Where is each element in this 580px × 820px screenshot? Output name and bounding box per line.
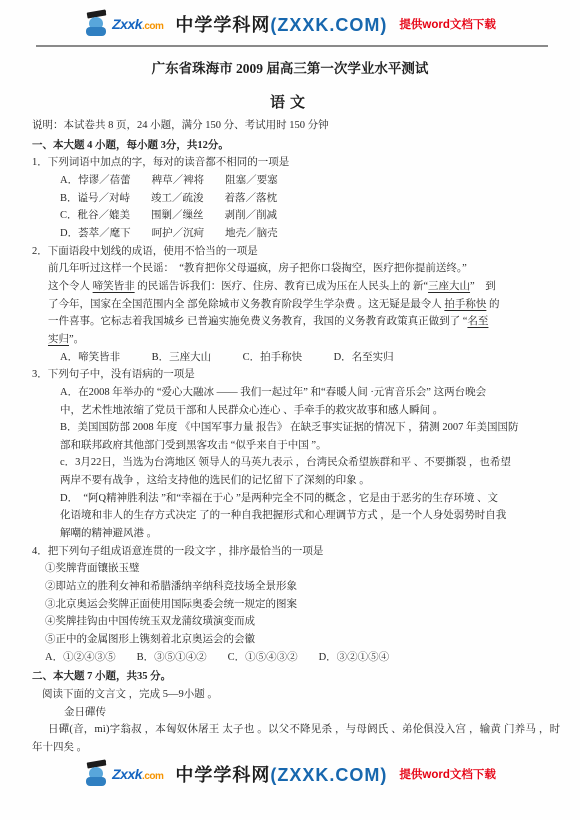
text-segment: 金日磾传	[64, 707, 106, 718]
text-segment: 1．下列词语中加点的字，每对的读音都不相同的一项是	[32, 157, 289, 168]
text-segment: c．3月22日，当选为台湾地区 领导人的马英九表示 ，台湾民众希望族群和平 、不…	[60, 457, 511, 468]
text-segment: ③北京奥运会奖牌正面使用国际奥委会统一规定的图案	[45, 599, 297, 610]
text-segment: A．啼笑皆非 B．三座大山 C．拍手称快 D．名至实归	[60, 352, 394, 363]
footer-logo-brand-text: Zxxk	[112, 766, 142, 782]
q4-sentence-2: ②即站立的胜利女神和希腊潘纳辛纳科竞技场全景形象	[32, 578, 556, 596]
text-segment: ⑤正中的金属图形上镌刻着北京奥运会的会徽	[45, 634, 255, 645]
header-divider	[36, 45, 548, 47]
text-segment: B．美国国防部 2008 年度 《中国军事力量 报告》 在缺乏事实证据的情况下 …	[60, 422, 519, 433]
text-segment: ” 到	[470, 281, 496, 292]
text-segment: 解嘲的精神避风港 。	[60, 528, 157, 539]
q2-passage-line-4: 一件喜事。它标志着我国城乡 已普遍实施免费义务教育，我国的义务教育政策真正做到了…	[32, 313, 556, 331]
q2-passage-line-1: 前几年听过这样一个民谣： “教育把你父母逼疯，房子把你口袋掏空，医疗把你提前送终…	[32, 260, 556, 278]
question-3: 3．下列句子中，没有语病的一项是	[32, 366, 556, 384]
text-segment: 前几年听过这样一个民谣： “教育把你父母逼疯，房子把你口袋掏空，医疗把你提前送终…	[48, 263, 467, 274]
mascot-icon	[84, 10, 110, 37]
footer-site-domain-text: (ZXXK.COM)	[270, 765, 387, 785]
logo-domain-text: .com	[142, 21, 163, 32]
q3-option-a-line-2: 中，艺术性地浓缩了党员干部和人民群众心连心 、手牵手的救灾故事和感人瞬间 。	[32, 402, 556, 420]
text-segment: 4．把下列句子组成语意连贯的一段文字 ，排序最恰当的一项是	[32, 546, 323, 557]
q3-option-a-line-1: A．在2008 年举办的 “爱心大融冰 —— 我们一起过年” 和“春暖人间 ·元…	[32, 384, 556, 402]
q4-sentence-1: ①奖牌背面镶嵌玉璧	[32, 560, 556, 578]
q3-option-d-line-1: D． “阿Q精神胜利法 ”和“幸福在于心 ”是两种完全不同的概念 ，它是由于恶劣…	[32, 490, 556, 508]
q4-sentence-4: ④奖牌挂钩由中国传统玉双龙蒲纹璜演变而成	[32, 613, 556, 631]
text-segment: 阅读下面的文言文 ，完成 5—9小题 。	[42, 689, 218, 700]
text-segment: 2．下面语段中划线的成语，使用不恰当的一项是	[32, 246, 258, 257]
q3-option-c-line-2: 两岸不要有战争 ，这给支持他的选民们的记忆留下了深刻的印象 。	[32, 472, 556, 490]
site-name-text: 中学学科网	[175, 15, 270, 35]
footer-logo-domain-text: .com	[142, 771, 163, 782]
site-domain-text: (ZXXK.COM)	[270, 15, 387, 35]
exam-note: 说明：本试卷共 8 页，24 小题，满分 150 分、考试用时 150 分钟	[32, 117, 556, 135]
q1-option-a: A．悖谬／蓓蕾 稗草／裨将 阻塞／要塞	[32, 172, 556, 190]
question-1: 1．下列词语中加点的字，每对的读音都不相同的一项是	[32, 154, 556, 172]
document-body: 说明：本试卷共 8 页，24 小题，满分 150 分、考试用时 150 分钟一、…	[32, 117, 556, 757]
passage-line-2: 年十四矣 。	[32, 739, 556, 757]
text-segment: ④奖牌挂钩由中国传统玉双龙蒲纹璜演变而成	[45, 616, 255, 627]
download-word-link[interactable]: 提供word文档下载	[399, 16, 495, 32]
passage-line-1: 日磾(音，mì)字翁叔 ，本匈奴休屠王 太子也 。以父不降见杀 ，与母阏氏 、弟…	[32, 721, 556, 739]
q1-option-d: D．荟萃／麾下 呵护／沉疴 地壳／脑壳	[32, 225, 556, 243]
text-segment: ”。	[69, 334, 84, 345]
footer-mascot-icon	[84, 760, 110, 787]
site-footer: Zxxk.com 中学学科网(ZXXK.COM) 提供word文档下载	[0, 760, 580, 787]
text-segment: 说明：本试卷共 8 页，24 小题，满分 150 分、考试用时 150 分钟	[32, 120, 329, 131]
zxxk-footer-logo[interactable]: Zxxk.com	[84, 760, 163, 787]
underlined-idiom: 三座大山	[428, 281, 470, 292]
text-segment: 化语境和非人的生存方式决定 了的一种自我把握形式和心理调节方式 ，是一个人身处弱…	[60, 510, 506, 521]
text-segment: ①奖牌背面镶嵌玉璧	[45, 563, 140, 574]
underlined-idiom: 拍手称快	[444, 299, 486, 310]
underlined-idiom: 名至	[467, 316, 488, 327]
footer-site-title: 中学学科网(ZXXK.COM)	[175, 761, 387, 787]
text-segment: 日磾(音，mì)字翁叔 ，本匈奴休屠王 太子也 。以父不降见杀 ，与母阏氏 、弟…	[48, 724, 560, 735]
q2-passage-line-3: 了今年，国家在全国范围内全 部免除城市义务教育阶段学生学杂费 。这无疑是最令人 …	[32, 296, 556, 314]
exam-subject: 语文	[0, 91, 580, 112]
text-segment: ②即站立的胜利女神和希腊潘纳辛纳科竞技场全景形象	[45, 581, 297, 592]
footer-download-word-link[interactable]: 提供word文档下载	[399, 766, 495, 782]
reading-instruction: 阅读下面的文言文 ，完成 5—9小题 。	[32, 686, 556, 704]
text-segment: 两岸不要有战争 ，这给支持他的选民们的记忆留下了深刻的印象 。	[60, 475, 370, 486]
text-segment: C．秕谷／媲美 围剿／缫丝 剥削／削减	[60, 210, 277, 221]
text-segment: 二、本大题 7 小题，共35 分。	[32, 671, 171, 682]
q4-sentence-5: ⑤正中的金属图形上镌刻着北京奥运会的会徽	[32, 631, 556, 649]
zxxk-logo[interactable]: Zxxk.com	[84, 10, 163, 37]
q1-option-c: C．秕谷／媲美 围剿／缫丝 剥削／削减	[32, 207, 556, 225]
q4-options: A．①②④③⑤ B．③⑤①④② C．①⑤④③② D．③②①⑤④	[32, 649, 556, 667]
q1-option-b: B．谥号／对峙 竣工／疏浚 着落／落枕	[32, 190, 556, 208]
q3-option-b-line-1: B．美国国防部 2008 年度 《中国军事力量 报告》 在缺乏事实证据的情况下 …	[32, 419, 556, 437]
text-segment: D． “阿Q精神胜利法 ”和“幸福在于心 ”是两种完全不同的概念 ，它是由于恶劣…	[60, 493, 498, 504]
footer-logo-wordmark: Zxxk.com	[112, 766, 163, 782]
q2-passage-line-5: 实归”。	[32, 331, 556, 349]
text-segment: A．在2008 年举办的 “爱心大融冰 —— 我们一起过年” 和“春暖人间 ·元…	[60, 387, 486, 398]
q3-option-c-line-1: c．3月22日，当选为台湾地区 领导人的马英九表示 ，台湾民众希望族群和平 、不…	[32, 454, 556, 472]
logo-wordmark: Zxxk.com	[112, 16, 163, 32]
text-segment: 年十四矣 。	[32, 742, 87, 753]
site-title: 中学学科网(ZXXK.COM)	[175, 11, 387, 37]
text-segment: 3．下列句子中，没有语病的一项是	[32, 369, 195, 380]
text-segment: 的	[486, 299, 499, 310]
exam-title: 广东省珠海市 2009 届高三第一次学业水平测试	[0, 57, 580, 77]
logo-brand-text: Zxxk	[112, 16, 142, 32]
exam-document-page: Zxxk.com 中学学科网(ZXXK.COM) 提供word文档下载 广东省珠…	[0, 0, 580, 820]
text-segment: 中，艺术性地浓缩了党员干部和人民群众心连心 、手牵手的救灾故事和感人瞬间 。	[60, 405, 443, 416]
text-segment: A．悖谬／蓓蕾 稗草／裨将 阻塞／要塞	[60, 175, 278, 186]
text-segment: B．谥号／对峙 竣工／疏浚 着落／落枕	[60, 193, 277, 204]
q3-option-d-line-2: 化语境和非人的生存方式决定 了的一种自我把握形式和心理调节方式 ，是一个人身处弱…	[32, 507, 556, 525]
underlined-idiom: 啼笑皆非	[93, 281, 135, 292]
site-header: Zxxk.com 中学学科网(ZXXK.COM) 提供word文档下载	[0, 10, 580, 37]
passage-title: 金日磾传	[32, 704, 556, 722]
q3-option-b-line-2: 部和联邦政府其他部门受到黑客攻击 “似乎来自于中国 ”。	[32, 437, 556, 455]
q4-sentence-3: ③北京奥运会奖牌正面使用国际奥委会统一规定的图案	[32, 596, 556, 614]
section-1-heading: 一、本大题 4 小题，每小题 3分，共12分。	[32, 137, 556, 155]
text-segment: 了今年，国家在全国范围内全 部免除城市义务教育阶段学生学杂费 。这无疑是最令人	[48, 299, 444, 310]
text-segment: A．①②④③⑤ B．③⑤①④② C．①⑤④③② D．③②①⑤④	[45, 652, 389, 663]
footer-site-name-text: 中学学科网	[175, 765, 270, 785]
underlined-idiom: 实归	[48, 334, 69, 345]
text-segment: 一、本大题 4 小题，每小题 3分，共12分。	[32, 140, 229, 151]
q2-options: A．啼笑皆非 B．三座大山 C．拍手称快 D．名至实归	[32, 349, 556, 367]
q2-passage-line-2: 这个令人 啼笑皆非 的民谣告诉我们：医疗、住房、教育已成为压在人民头上的 新“三…	[32, 278, 556, 296]
text-segment: 部和联邦政府其他部门受到黑客攻击 “似乎来自于中国 ”。	[60, 440, 327, 451]
text-segment: 的民谣告诉我们：医疗、住房、教育已成为压在人民头上的 新“	[135, 281, 428, 292]
q3-option-d-line-3: 解嘲的精神避风港 。	[32, 525, 556, 543]
question-4: 4．把下列句子组成语意连贯的一段文字 ，排序最恰当的一项是	[32, 543, 556, 561]
section-2-heading: 二、本大题 7 小题，共35 分。	[32, 668, 556, 686]
text-segment: 一件喜事。它标志着我国城乡 已普遍实施免费义务教育，我国的义务教育政策真正做到了…	[48, 316, 467, 327]
question-2: 2．下面语段中划线的成语，使用不恰当的一项是	[32, 243, 556, 261]
text-segment: 这个令人	[48, 281, 93, 292]
text-segment: D．荟萃／麾下 呵护／沉疴 地壳／脑壳	[60, 228, 278, 239]
